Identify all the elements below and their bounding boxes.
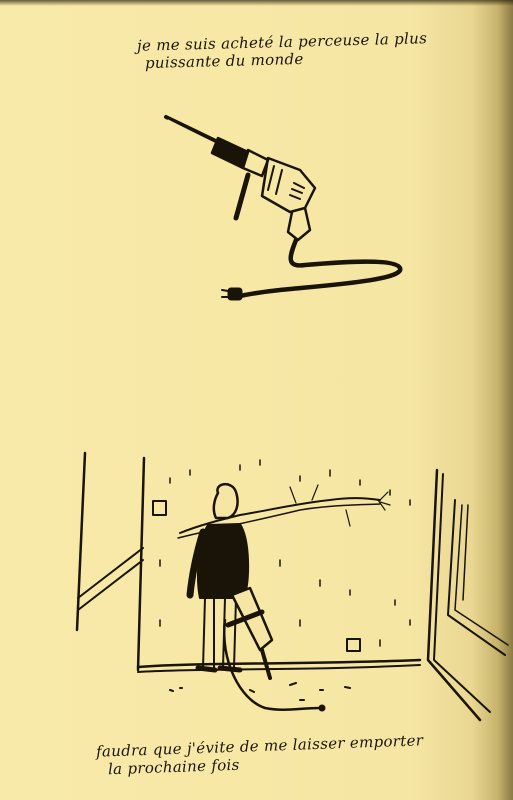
book-page: je me suis acheté la perceuse la plus pu… <box>0 0 513 800</box>
room-illustration <box>0 0 513 800</box>
